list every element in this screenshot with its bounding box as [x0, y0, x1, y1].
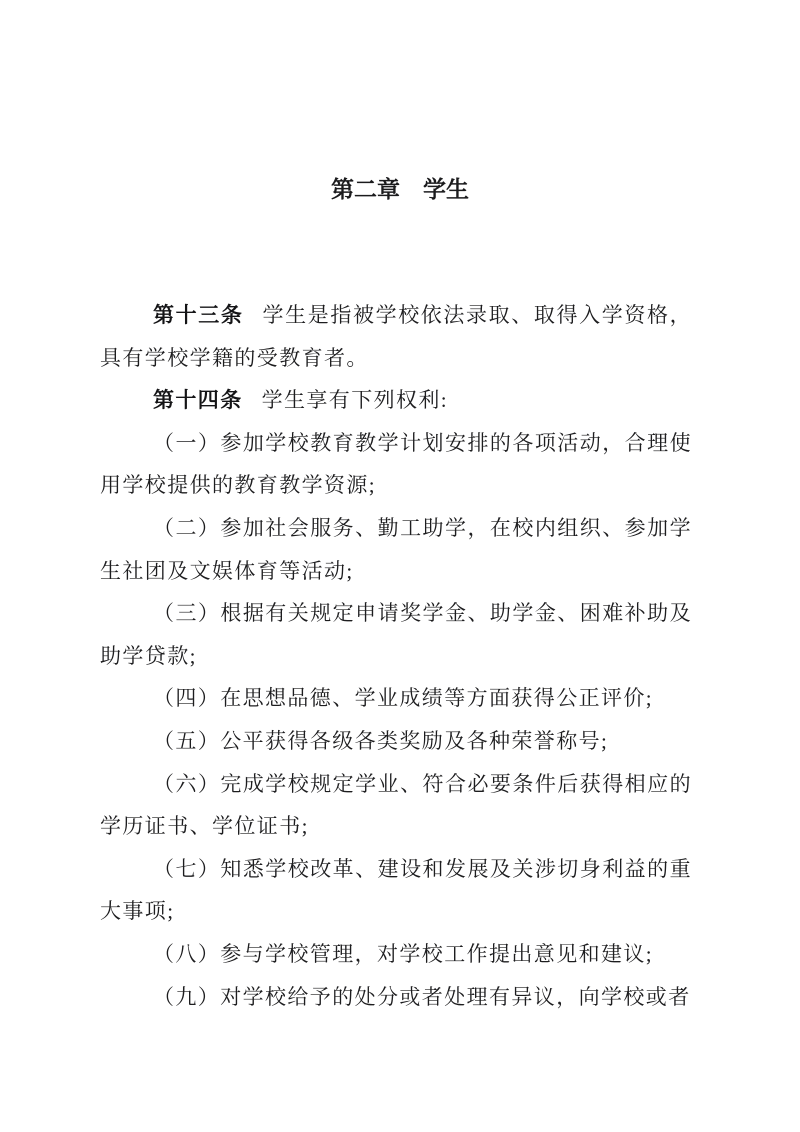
rights-item-1: （一）参加学校教育教学计划安排的各项活动，合理使用学校提供的教育教学资源; [100, 422, 692, 507]
rights-item-4: （四）在思想品德、学业成绩等方面获得公正评价; [100, 677, 692, 720]
rights-item-9: （九）对学校给予的处分或者处理有异议，向学校或者 [100, 976, 692, 1019]
article-14-paragraph: 第十四条学生享有下列权利: [100, 379, 692, 422]
rights-item-3: （三）根据有关规定申请奖学金、助学金、困难补助及助学贷款; [100, 592, 692, 677]
article-14-text: 学生享有下列权利: [262, 388, 448, 412]
rights-item-5: （五）公平获得各级各类奖励及各种荣誉称号; [100, 720, 692, 763]
article-14-label: 第十四条 [153, 388, 243, 412]
rights-item-8: （八）参与学校管理，对学校工作提出意见和建议; [100, 933, 692, 976]
article-13-paragraph: 第十三条学生是指被学校依法录取、取得入学资格，具有学校学籍的受教育者。 [100, 294, 692, 379]
rights-item-2: （二）参加社会服务、勤工助学，在校内组织、参加学生社团及文娱体育等活动; [100, 507, 692, 592]
chapter-title: 第二章 学生 [0, 171, 800, 204]
document-page: 第二章 学生 第十三条学生是指被学校依法录取、取得入学资格，具有学校学籍的受教育… [0, 0, 800, 1132]
rights-item-6: （六）完成学校规定学业、符合必要条件后获得相应的学历证书、学位证书; [100, 763, 692, 848]
article-13-label: 第十三条 [153, 303, 243, 327]
document-body: 第十三条学生是指被学校依法录取、取得入学资格，具有学校学籍的受教育者。 第十四条… [100, 294, 692, 1018]
rights-item-7: （七）知悉学校改革、建设和发展及关涉切身利益的重大事项; [100, 848, 692, 933]
